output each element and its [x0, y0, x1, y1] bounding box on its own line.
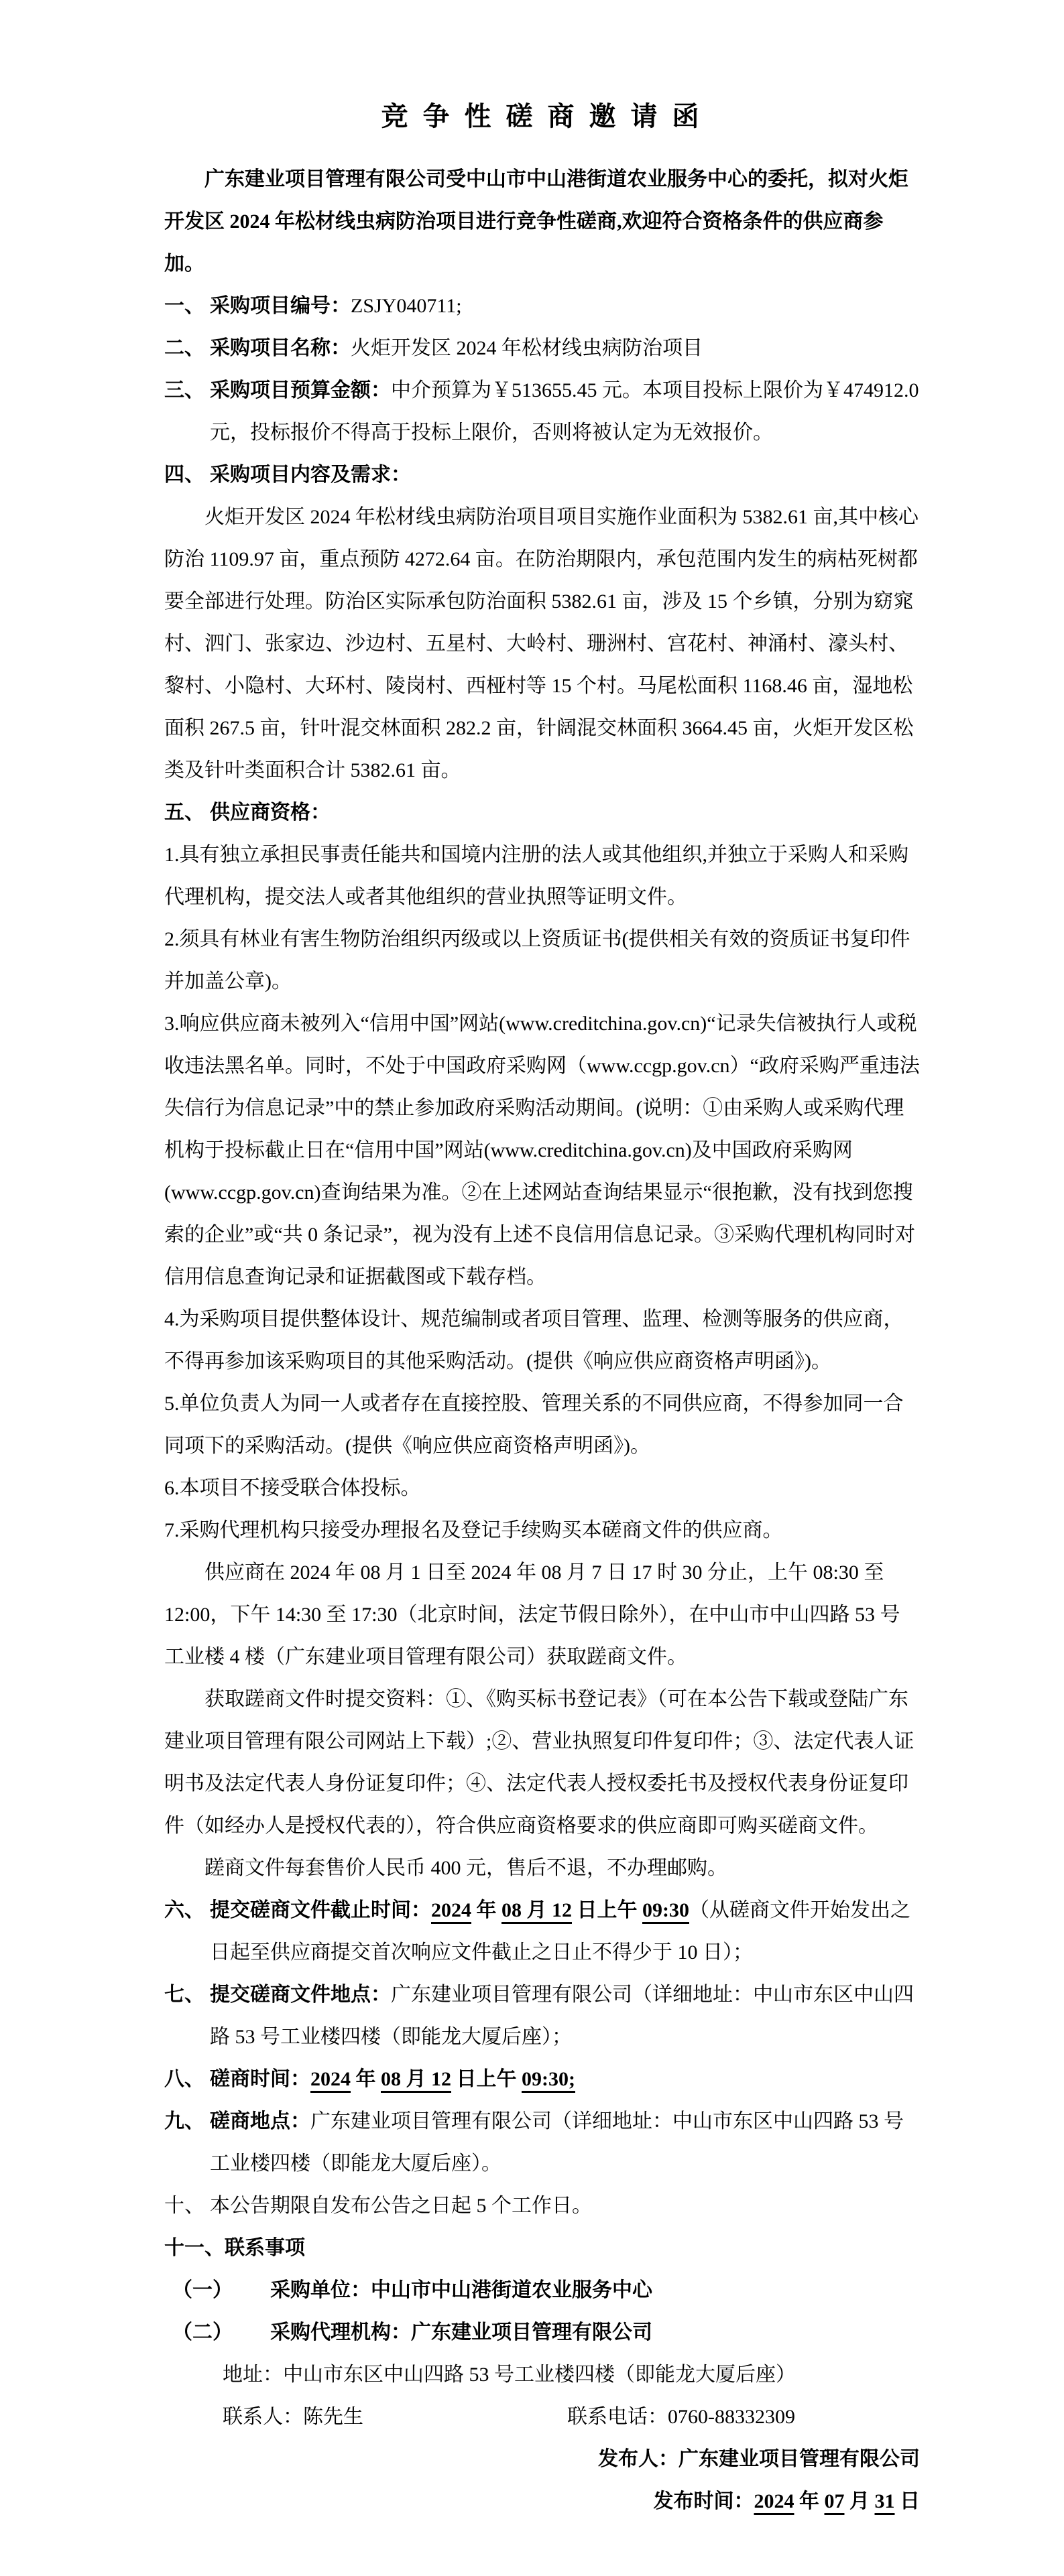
item-2-project-name: 二、采购项目名称：火炬开发区 2024 年松材线虫病防治项目	[164, 327, 920, 369]
item-4-label: 采购项目内容及需求：	[210, 464, 411, 486]
item-6-date-sep1: 年	[471, 1899, 501, 1921]
contact-phone-label: 联系电话：	[567, 2406, 668, 2428]
publisher-line: 发布人：广东建业项目管理有限公司	[164, 2438, 920, 2480]
qualification-item-6: 6.本项目不接受联合体投标。	[164, 1467, 920, 1509]
publish-date-label: 发布时间：	[654, 2490, 754, 2512]
item-3-budget: 三、采购项目预算金额：中介预算为￥513655.45 元。本项目投标上限价为￥4…	[164, 369, 920, 454]
document-title: 竞 争 性 磋 商 邀 请 函	[164, 92, 920, 141]
item-2-label: 采购项目名称：	[210, 337, 351, 359]
item-9-number: 九、	[164, 2100, 210, 2142]
item-1-value: ZSJY040711;	[351, 295, 462, 317]
contact-agency-value: 广东建业项目管理有限公司	[411, 2321, 652, 2343]
contact-phone-group: 联系电话：0760-88332309	[567, 2396, 795, 2438]
item-8-consultation-time: 八、磋商时间：2024 年 08 月 12 日上午 09:30;	[164, 2058, 920, 2100]
item-8-date-monthday: 08 月 12	[381, 2068, 451, 2090]
item-10-number: 十、	[164, 2185, 210, 2227]
item-5-supplier-qualification-header: 五、供应商资格：	[164, 791, 920, 834]
item-7-submit-place: 七、提交磋商文件地点：广东建业项目管理有限公司（详细地址：中山市东区中山四路 5…	[164, 1974, 920, 2058]
item-8-date-sep1: 年	[351, 2068, 381, 2090]
item-1-number: 一、	[164, 285, 210, 327]
contact-address-value: 中山市东区中山四路 53 号工业楼四楼（即能龙大厦后座）	[283, 2364, 796, 2386]
publisher-label: 发布人：	[598, 2448, 678, 2470]
item-8-date-sep2: 日上午	[451, 2068, 522, 2090]
item-9-consultation-place: 九、磋商地点：广东建业项目管理有限公司（详细地址：中山市东区中山四路 53 号工…	[164, 2100, 920, 2185]
item-3-label: 采购项目预算金额：	[210, 379, 391, 401]
contact-phone-value: 0760-88332309	[668, 2406, 795, 2428]
item-8-number: 八、	[164, 2058, 210, 2100]
item-6-label: 提交磋商文件截止时间：	[210, 1899, 431, 1921]
publish-date-sep3: 日	[895, 2490, 921, 2512]
qualification-item-5: 5.单位负责人为同一人或者存在直接控股、管理关系的不同供应商，不得参加同一合同项…	[164, 1382, 920, 1467]
publish-date-sep1: 年	[794, 2490, 825, 2512]
qualification-item-4: 4.为采购项目提供整体设计、规范编制或者项目管理、监理、检测等服务的供应商，不得…	[164, 1298, 920, 1382]
item-10-notice-period: 十、本公告期限自发布公告之日起 5 个工作日。	[164, 2185, 920, 2227]
item-11-label: 联系事项	[225, 2237, 305, 2259]
item-9-label: 磋商地点：	[210, 2110, 310, 2132]
item-6-number: 六、	[164, 1889, 210, 1931]
item-7-label: 提交磋商文件地点：	[210, 1984, 391, 2006]
item-1-project-number: 一、采购项目编号：ZSJY040711;	[164, 285, 920, 327]
qualification-item-7: 7.采购代理机构只接受办理报名及登记手续购买本磋商文件的供应商。	[164, 1509, 920, 1551]
qualification-list: 1.具有独立承担民事责任能共和国境内注册的法人或其他组织,并独立于采购人和采购代…	[164, 834, 920, 1551]
item-6-date-time: 09:30	[642, 1899, 689, 1921]
item-5-number: 五、	[164, 791, 210, 834]
contact-person-line: 联系人：陈先生联系电话：0760-88332309	[164, 2396, 920, 2438]
contact-purchaser-number: （一）	[172, 2269, 270, 2311]
item-9-value: 广东建业项目管理有限公司（详细地址：中山市东区中山四路 53 号工业楼四楼（即能…	[210, 2110, 904, 2175]
publish-date-line: 发布时间：2024 年 07 月 31 日	[164, 2480, 920, 2522]
item-5-label: 供应商资格：	[210, 801, 331, 824]
publish-date-day: 31	[875, 2490, 895, 2512]
publish-date-sep2: 月	[845, 2490, 875, 2512]
contact-agency-label: 采购代理机构：	[270, 2321, 411, 2343]
item-10-value: 本公告期限自发布公告之日起 5 个工作日。	[210, 2195, 592, 2217]
item-6-date-monthday: 08 月 12	[501, 1899, 572, 1921]
contact-person-label: 联系人：	[223, 2406, 303, 2428]
contact-purchaser-line: （一）采购单位：中山市中山港街道农业服务中心	[164, 2269, 920, 2311]
contact-purchaser-value: 中山市中山港街道农业服务中心	[371, 2279, 652, 2301]
file-obtain-materials-paragraph: 获取蹉商文件时提交资料：①、《购买标书登记表》（可在本公告下载或登陆广东建业项目…	[164, 1678, 920, 1847]
item-8-date-time: 09:30;	[522, 2068, 575, 2090]
file-price-paragraph: 蹉商文件每套售价人民币 400 元，售后不退，不办理邮购。	[164, 1847, 920, 1889]
item-8-date-year: 2024	[310, 2068, 351, 2090]
contact-address-label: 地址：	[223, 2364, 283, 2386]
contact-agency-number: （二）	[172, 2311, 270, 2354]
item-8-label: 磋商时间：	[210, 2068, 310, 2090]
item-1-label: 采购项目编号：	[210, 295, 351, 317]
item-11-number: 十一、	[164, 2237, 225, 2259]
item-6-date-year: 2024	[431, 1899, 471, 1921]
contact-agency-line: （二）采购代理机构：广东建业项目管理有限公司	[164, 2311, 920, 2354]
qualification-item-1: 1.具有独立承担民事责任能共和国境内注册的法人或其他组织,并独立于采购人和采购代…	[164, 834, 920, 918]
contact-person-value: 陈先生	[303, 2406, 363, 2428]
item-2-number: 二、	[164, 327, 210, 369]
qualification-item-2: 2.须具有林业有害生物防治组织丙级或以上资质证书(提供相关有效的资质证书复印件并…	[164, 918, 920, 1003]
file-obtain-time-paragraph: 供应商在 2024 年 08 月 1 日至 2024 年 08 月 7 日 17…	[164, 1551, 920, 1678]
item-3-number: 三、	[164, 369, 210, 411]
publish-date-year: 2024	[754, 2490, 794, 2512]
publisher-value: 广东建业项目管理有限公司	[678, 2448, 920, 2470]
item-2-value: 火炬开发区 2024 年松材线虫病防治项目	[351, 337, 703, 359]
item-6-date-sep2: 日上午	[572, 1899, 642, 1921]
item-7-number: 七、	[164, 1974, 210, 2016]
contact-address-line: 地址：中山市东区中山四路 53 号工业楼四楼（即能龙大厦后座）	[164, 2354, 920, 2396]
intro-paragraph: 广东建业项目管理有限公司受中山市中山港街道农业服务中心的委托，拟对火炬开发区 2…	[164, 158, 920, 285]
publish-date-month: 07	[825, 2490, 845, 2512]
document-page: 竞 争 性 磋 商 邀 请 函 广东建业项目管理有限公司受中山市中山港街道农业服…	[0, 0, 1064, 2576]
item-11-contact-header: 十一、联系事项	[164, 2227, 920, 2269]
qualification-item-3: 3.响应供应商未被列入“信用中国”网站(www.creditchina.gov.…	[164, 1003, 920, 1298]
contact-purchaser-label: 采购单位：	[270, 2279, 371, 2301]
item-4-content-header: 四、采购项目内容及需求：	[164, 454, 920, 496]
item-4-number: 四、	[164, 454, 210, 496]
item-6-submit-deadline: 六、提交磋商文件截止时间：2024 年 08 月 12 日上午 09:30（从磋…	[164, 1889, 920, 1974]
item-4-body-paragraph: 火炬开发区 2024 年松材线虫病防治项目项目实施作业面积为 5382.61 亩…	[164, 496, 920, 791]
